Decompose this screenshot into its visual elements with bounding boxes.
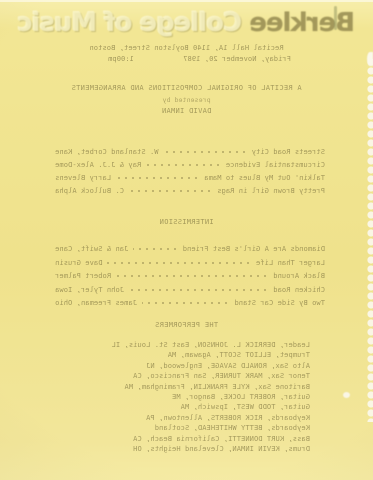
- program-row: Circumstantial EvidenceRay & J.J. Alex-D…: [55, 160, 325, 173]
- program-row: Black AroundRobert Palmer: [55, 271, 325, 285]
- dotted-leader: [142, 298, 229, 305]
- performer-line: Guitar, TODD WEST, Ipswich, MA: [40, 403, 310, 413]
- presented-by-label: presented by: [0, 96, 373, 104]
- dotted-leader: [164, 147, 247, 154]
- song-title: Pretty Brown Girl in Rags: [217, 187, 325, 196]
- presenter-name: DAVID INMAN: [0, 107, 373, 115]
- performer-line: Keyboards, RICK ROBERTS, Allentown, PA: [40, 414, 310, 424]
- intermission-heading: INTERMISSION: [0, 218, 373, 226]
- dotted-leader: [116, 173, 199, 180]
- composer: Jan & Swift, Cane: [55, 245, 128, 254]
- song-title: Larger Than Life: [256, 259, 325, 268]
- song-title: Diamonds Are A Girl's Best Friend: [183, 245, 325, 254]
- performer-line: Tenor Sax, MARK TURNER, San Francisco, C…: [40, 372, 310, 382]
- program-row: Two By Side Car StandJames Freeman, Ohio: [55, 298, 325, 312]
- performers-heading: THE PERFORMERS: [0, 321, 373, 329]
- song-title: Streets Road City: [252, 148, 325, 157]
- composer: Ray & J.J. Alex-Dome: [55, 161, 141, 170]
- program-set-1: Streets Road CityW. Stanland Corbet, Kan…: [55, 147, 325, 199]
- performer-line: Guitar, ROBERT LOCKE, Bangor, ME: [40, 393, 310, 403]
- composer: W. Stanland Corbet, Kane: [55, 148, 159, 157]
- date-line: Friday, November 20, 1987 1:00pm: [0, 55, 373, 64]
- composer: Robert Palmer: [55, 272, 111, 281]
- torn-perforated-edge: [366, 58, 373, 422]
- dotted-leader: [107, 258, 251, 265]
- composer: C. Bullock Alpha: [55, 187, 124, 196]
- dotted-leader: [146, 160, 220, 167]
- dotted-leader: [129, 285, 268, 292]
- performer-line: Baritone Sax, KYLE FRANKLIN, Framingham,…: [40, 383, 310, 393]
- composer: Larry Blevens: [55, 174, 111, 183]
- composer: Dave Grusin: [55, 259, 102, 268]
- program-row: Chicken RoadJohn Tyler, Iowa: [55, 285, 325, 299]
- paper-speck: [343, 392, 350, 398]
- performer-line: Trumpet, ELLIOT SCOTT, Agawam, MA: [40, 351, 310, 361]
- fold-shadow-mark: [334, 6, 337, 30]
- program-row: Diamonds Are A Girl's Best FriendJan & S…: [55, 244, 325, 258]
- performer-line: Alto Sax, RONALD SAVAGE, Englewood, NJ: [40, 362, 310, 372]
- title-berklee: Berklee: [250, 8, 355, 38]
- date-text: Friday, November 20, 1987: [183, 55, 291, 64]
- venue-line: Recital Hall 1A, 1140 Boylston Street, B…: [0, 44, 373, 53]
- composer: John Tyler, Iowa: [55, 286, 124, 295]
- performer-line: Drums, KEVIN INMAN, Cleveland Heights, O…: [40, 445, 310, 455]
- scanned-program-page: Berklee College of Music Recital Hall 1A…: [0, 0, 373, 480]
- performers-list: Leader, DERRICK L. JOHNSON, East St. Lou…: [40, 341, 310, 455]
- performer-line: Keyboards, BETTY WHITEHEAD, Scotland: [40, 424, 310, 434]
- dotted-leader: [116, 271, 268, 278]
- recital-headline: A RECITAL OF ORIGINAL COMPOSITIONS AND A…: [0, 84, 373, 92]
- program-row: Pretty Brown Girl in RagsC. Bullock Alph…: [55, 186, 325, 199]
- performer-line: Bass, KURT DONNETTI, California Beach, C…: [40, 435, 310, 445]
- mirrored-showthrough-content: Berklee College of Music Recital Hall 1A…: [0, 0, 373, 480]
- song-title: Chicken Road: [273, 286, 325, 295]
- time-text: 1:00pm: [108, 55, 134, 64]
- dotted-leader: [129, 186, 212, 193]
- program-row: Streets Road CityW. Stanland Corbet, Kan…: [55, 147, 325, 160]
- performer-line: Leader, DERRICK L. JOHNSON, East St. Lou…: [40, 341, 310, 351]
- composer: James Freeman, Ohio: [55, 299, 137, 308]
- title-college-of-music: College of Music: [18, 8, 250, 38]
- program-set-2: Diamonds Are A Girl's Best FriendJan & S…: [55, 244, 325, 312]
- song-title: Two By Side Car Stand: [234, 299, 325, 308]
- song-title: Black Around: [273, 272, 325, 281]
- dotted-leader: [133, 244, 177, 251]
- page-title: Berklee College of Music: [0, 8, 373, 38]
- scan-top-edge: [0, 0, 373, 2]
- program-row: Larger Than LifeDave Grusin: [55, 258, 325, 272]
- song-title: Circumstantial Evidence: [226, 161, 325, 170]
- song-title: Talkin' Out My Blues to Mama: [204, 174, 325, 183]
- program-row: Talkin' Out My Blues to MamaLarry Bleven…: [55, 173, 325, 186]
